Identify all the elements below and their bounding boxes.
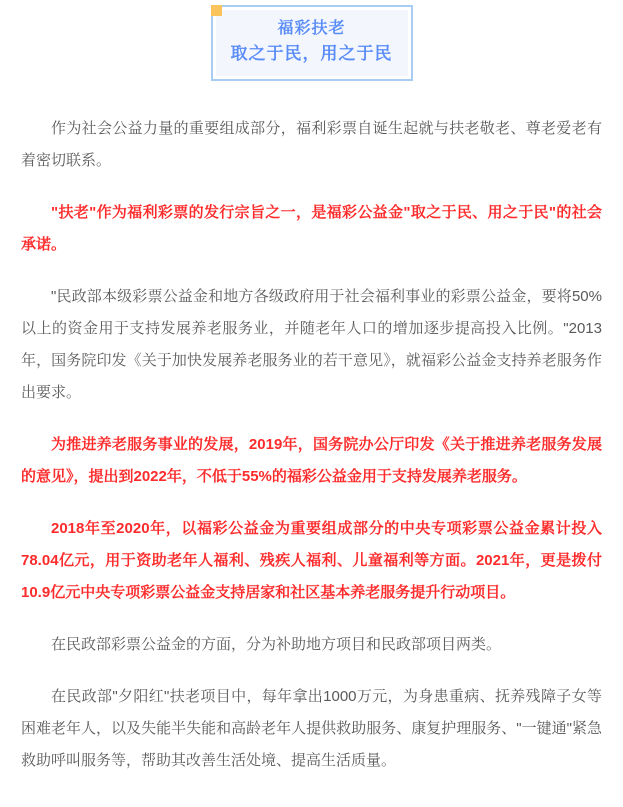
paragraph: 为推进养老服务事业的发展，2019年，国务院办公厅印发《关于推进养老服务发展的意… — [21, 429, 602, 493]
paragraph: 在民政部"夕阳红"扶老项目中，每年拿出1000万元，为身患重病、抚养残障子女等困… — [21, 681, 602, 777]
paragraph: 在民政部彩票公益金的方面，分为补助地方项目和民政部项目两类。 — [21, 629, 602, 661]
paragraph: "扶老"作为福利彩票的发行宗旨之一，是福彩公益金"取之于民、用之于民"的社会承诺… — [21, 197, 602, 261]
title-box-inner: 福彩扶老 取之于民，用之于民 — [216, 10, 408, 76]
page-title: 福彩扶老 — [220, 17, 404, 41]
article-page: 福彩扶老 取之于民，用之于民 作为社会公益力量的重要组成部分，福利彩票自诞生起就… — [0, 0, 623, 807]
title-box: 福彩扶老 取之于民，用之于民 — [211, 5, 413, 81]
article-body: 作为社会公益力量的重要组成部分，福利彩票自诞生起就与扶老敬老、尊老爱老有着密切联… — [0, 113, 623, 807]
paragraph: "民政部本级彩票公益金和地方各级政府用于社会福利事业的彩票公益金，要将50%以上… — [21, 281, 602, 409]
corner-square-decoration — [211, 5, 222, 16]
paragraph: 作为社会公益力量的重要组成部分，福利彩票自诞生起就与扶老敬老、尊老爱老有着密切联… — [21, 113, 602, 177]
page-subtitle: 取之于民，用之于民 — [220, 41, 404, 67]
paragraph: 2018年至2020年，以福彩公益金为重要组成部分的中央专项彩票公益金累计投入7… — [21, 513, 602, 609]
